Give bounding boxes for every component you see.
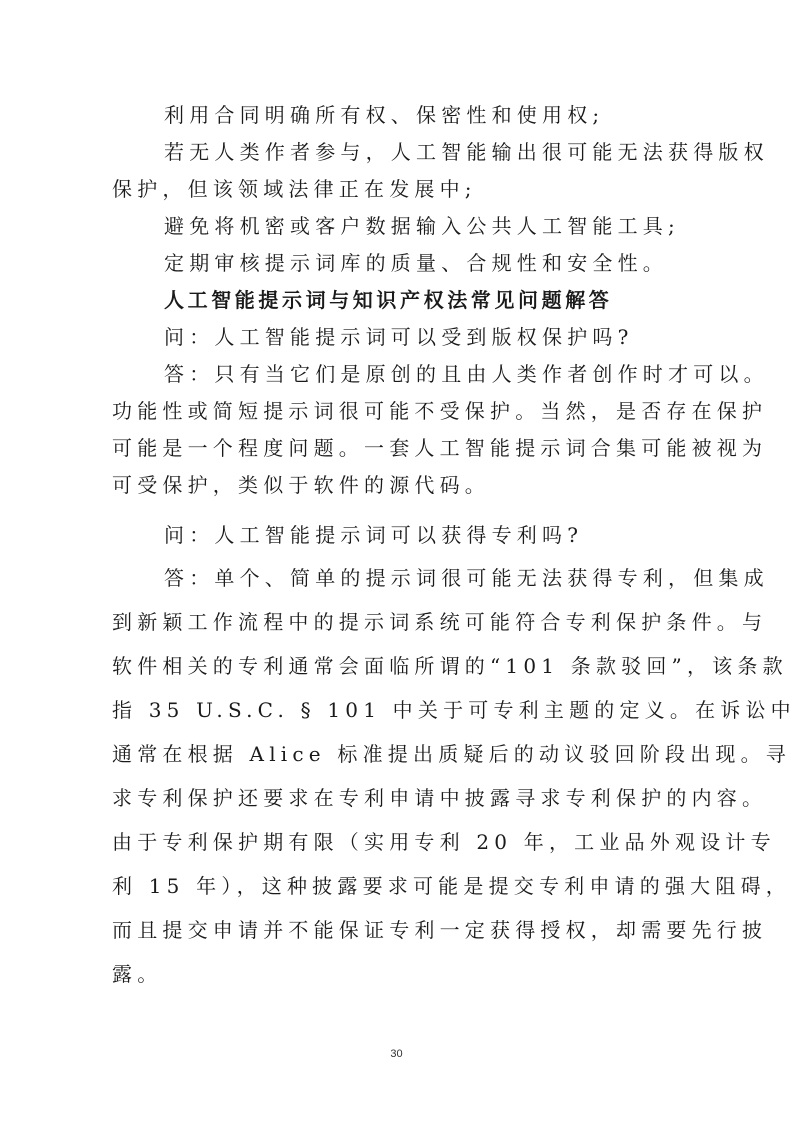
bullet-no-human-author: 若无人类作者参与，人工智能输出很可能无法获得版权: [164, 138, 734, 166]
answer-patent-line5: 通常在根据 Alice 标准提出质疑后的动议驳回阶段出现。寻: [112, 740, 682, 768]
question-patent: 问：人工智能提示词可以获得专利吗?: [164, 521, 734, 549]
answer-patent-line4: 指 35 U.S.C. § 101 中关于可专利主题的定义。在诉讼中，这: [112, 696, 682, 724]
document-page: 利用合同明确所有权、保密性和使用权; 若无人类作者参与，人工智能输出很可能无法获…: [0, 0, 793, 1122]
answer-patent-line7: 由于专利保护期有限（实用专利 20 年，工业品外观设计专: [112, 828, 682, 856]
bullet-audit-prompts: 定期审核提示词库的质量、合规性和安全性。: [164, 249, 734, 277]
answer-patent-line6: 求专利保护还要求在专利申请中披露寻求专利保护的内容。: [112, 784, 682, 812]
bullet-no-human-author-cont: 保护，但该领域法律正在发展中;: [112, 175, 682, 203]
answer-patent-line10: 露。: [112, 960, 682, 988]
answer-copyright: 答：只有当它们是原创的且由人类作者创作时才可以。: [164, 360, 734, 388]
question-copyright: 问：人工智能提示词可以受到版权保护吗?: [164, 323, 734, 351]
bullet-contract-ownership: 利用合同明确所有权、保密性和使用权;: [164, 101, 734, 129]
answer-patent-line9: 而且提交申请并不能保证专利一定获得授权，却需要先行披: [112, 916, 682, 944]
answer-patent-line2: 到新颖工作流程中的提示词系统可能符合专利保护条件。与: [112, 608, 682, 636]
section-heading: 人工智能提示词与知识产权法常见问题解答: [164, 286, 734, 314]
bullet-avoid-confidential: 避免将机密或客户数据输入公共人工智能工具;: [164, 212, 734, 240]
answer-patent-line8: 利 15 年），这种披露要求可能是提交专利申请的强大阻碍，: [112, 872, 682, 900]
answer-patent: 答：单个、简单的提示词很可能无法获得专利，但集成: [164, 564, 734, 592]
answer-copyright-line2: 功能性或简短提示词很可能不受保护。当然，是否存在保护: [112, 397, 682, 425]
answer-copyright-line4: 可受保护，类似于软件的源代码。: [112, 471, 682, 499]
page-number: 30: [0, 1048, 793, 1060]
answer-copyright-line3: 可能是一个程度问题。一套人工智能提示词合集可能被视为: [112, 434, 682, 462]
answer-patent-line3: 软件相关的专利通常会面临所谓的“101 条款驳回”，该条款: [112, 652, 682, 680]
